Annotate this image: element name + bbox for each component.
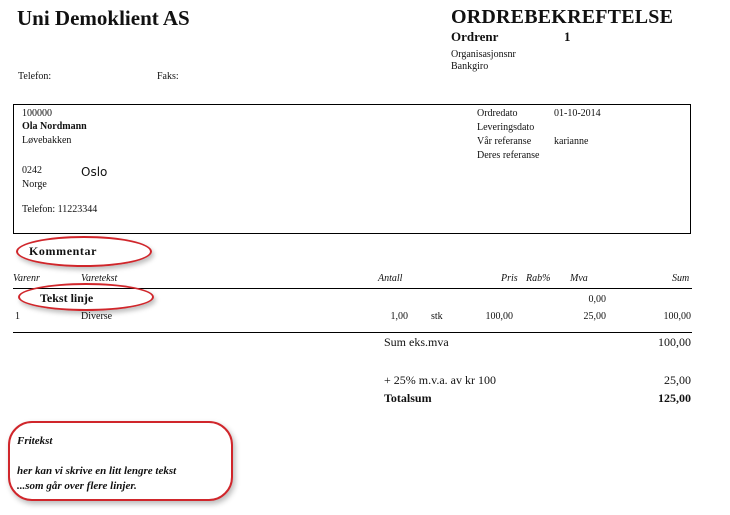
col-header-item-no: Varenr [13, 273, 40, 284]
row-quantity: 1,00 [370, 311, 408, 322]
subtotal-label: Sum eks.mva [384, 335, 449, 350]
customer-street: Løvebakken [22, 135, 71, 146]
bank-account-label: Bankgiro [451, 61, 488, 72]
free-text-line-1: her kan vi skrive en litt lengre tekst [17, 465, 176, 477]
customer-city: Oslo [81, 165, 107, 179]
row-item-text: Diverse [81, 311, 112, 322]
order-number-label: Ordrenr [451, 29, 498, 45]
customer-name: Ola Nordmann [22, 121, 87, 132]
total-value: 125,00 [620, 391, 691, 406]
company-name: Uni Demoklient AS [17, 6, 190, 31]
row-vat: 25,00 [566, 311, 606, 322]
table-rows-divider [13, 332, 692, 333]
row-unit: stk [431, 311, 443, 322]
customer-address-box [13, 104, 691, 234]
comment-label: Kommentar [29, 244, 97, 259]
order-number-value: 1 [564, 29, 571, 45]
col-header-sum: Sum [672, 273, 689, 284]
subtotal-value: 100,00 [620, 335, 691, 350]
document-title: ORDREBEKREFTELSE [451, 6, 673, 29]
customer-number: 100000 [22, 108, 52, 119]
vat-value: 25,00 [620, 373, 691, 388]
your-reference-label: Deres referanse [477, 150, 539, 161]
col-header-quantity: Antall [378, 273, 402, 284]
row-price: 100,00 [470, 311, 513, 322]
text-line-label: Tekst linje [40, 291, 93, 306]
our-reference-value: karianne [554, 136, 588, 147]
org-number-label: Organisasjonsnr [451, 49, 516, 60]
order-date-value: 01-10-2014 [554, 108, 601, 119]
row-sum: 100,00 [640, 311, 691, 322]
company-phone-label: Telefon: [18, 71, 51, 82]
total-label: Totalsum [384, 391, 432, 406]
vat-label: + 25% m.v.a. av kr 100 [384, 373, 496, 388]
col-header-discount: Rab% [526, 273, 550, 284]
col-header-vat: Mva [570, 273, 588, 284]
col-header-price: Pris [501, 273, 518, 284]
text-line-vat: 0,00 [566, 294, 606, 305]
company-fax-label: Faks: [157, 71, 179, 82]
customer-phone: Telefon: 11223344 [22, 204, 97, 215]
customer-country: Norge [22, 179, 47, 190]
delivery-date-label: Leveringsdato [477, 122, 534, 133]
customer-postal-code: 0242 [22, 165, 42, 176]
free-text-line-2: ...som går over flere linjer. [17, 480, 137, 492]
free-text-title: Fritekst [17, 435, 52, 447]
order-date-label: Ordredato [477, 108, 518, 119]
our-reference-label: Vår referanse [477, 136, 531, 147]
row-item-no: 1 [15, 311, 20, 322]
